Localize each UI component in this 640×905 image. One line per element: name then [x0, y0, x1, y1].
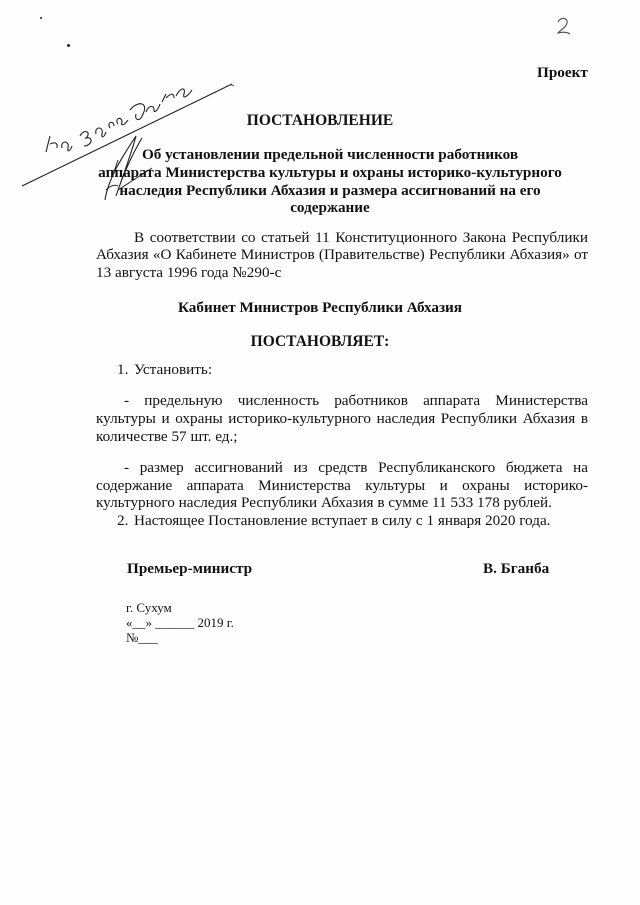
- number-placeholder: №___: [126, 630, 158, 646]
- clause-1-sub1-line: - предельную численность работников аппа…: [124, 392, 588, 410]
- date-placeholder: «__» ______ 2019 г.: [126, 615, 234, 631]
- issuing-body: Кабинет Министров Республики Абхазия: [0, 299, 640, 317]
- clause-1-number: 1.: [117, 361, 128, 379]
- document-page: Проект ПОСТАНОВЛЕНИЕ Об установлении пре…: [0, 0, 640, 905]
- preamble-line: Абхазия «О Кабинете Министров (Правитель…: [96, 246, 588, 264]
- document-subject-line: Об установлении предельной численности р…: [10, 146, 640, 164]
- clause-2-number: 2.: [117, 512, 128, 530]
- clause-1-sub1-line: культуры и охраны историко-культурного н…: [96, 410, 588, 428]
- signatory-name: В. Бганба: [483, 560, 549, 578]
- decree-heading: ПОСТАНОВЛЯЕТ:: [0, 333, 640, 351]
- clause-1-sub1-line: количестве 57 шт. ед.;: [96, 428, 238, 446]
- signatory-position: Премьер-министр: [127, 560, 252, 578]
- city: г. Сухум: [126, 600, 172, 616]
- handwritten-page-number: [554, 15, 576, 42]
- document-subject-line: наследия Республики Абхазия и размера ас…: [10, 182, 640, 200]
- clause-1-text: Установить:: [134, 361, 212, 379]
- clause-2-text: Настоящее Постановление вступает в силу …: [134, 512, 550, 530]
- clause-1-sub2-line: культурного наследия Республики Абхазия …: [96, 494, 552, 512]
- preamble-line: В соответствии со статьей 11 Конституцио…: [134, 229, 588, 247]
- preamble-line: 13 августа 1996 года №290-с: [96, 264, 281, 282]
- clause-1-sub2-line: - размер ассигнований из средств Республ…: [124, 459, 588, 477]
- document-subject-line: содержание: [10, 199, 640, 217]
- clause-1-sub2-line: содержание аппарата Министерства культур…: [96, 477, 588, 495]
- draft-label: Проект: [537, 64, 588, 82]
- scan-speck: [40, 17, 42, 19]
- document-subject-line: аппарата Министерства культуры и охраны …: [10, 164, 640, 182]
- document-type-heading: ПОСТАНОВЛЕНИЕ: [0, 112, 640, 130]
